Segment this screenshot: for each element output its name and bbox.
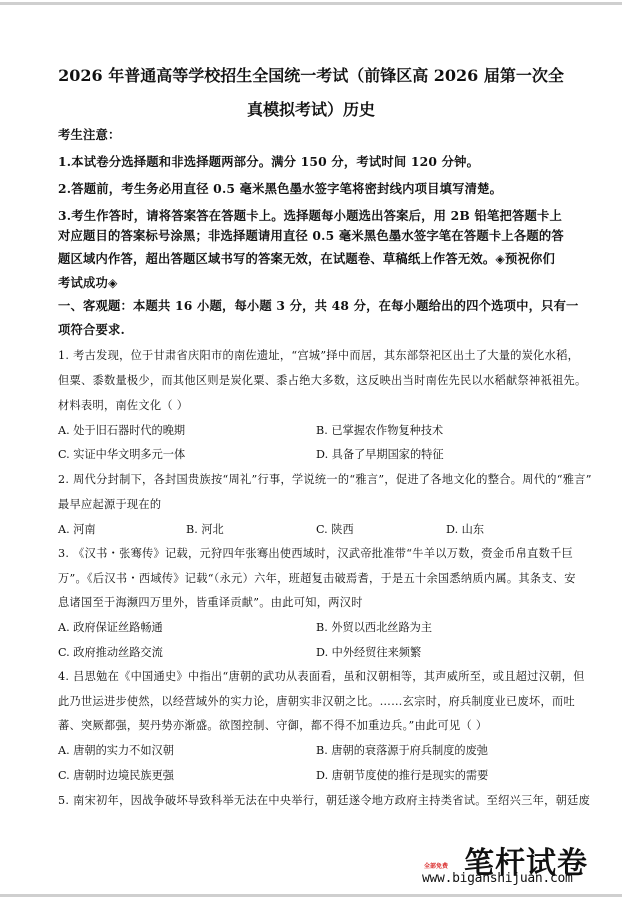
question-3-text-line-2: 万”。《后汉书・西域传》记载“（永元）六年，班超复击破焉耆，于是五十余国悉纳质内… xyxy=(58,570,576,586)
notice-line-6: 考试成功◈ xyxy=(58,273,118,291)
question-4-option-d: D. 唐朝节度使的推行是现实的需要 xyxy=(316,767,488,783)
question-1-option-c: C. 实证中华文明多元一体 xyxy=(58,446,185,462)
question-4-text-line-1: 4. 吕思勉在《中国通史》中指出“唐朝的武功从表面看，虽和汉朝相等，其声威所至，… xyxy=(58,668,585,684)
notice-line-2: 2.答题前，考生务必用直径 0.5 毫米黑色墨水签字笔将密封线内项目填写清楚。 xyxy=(58,179,502,197)
question-1-text-line-2: 但粟、黍数量极少，而其他区则是炭化粟、黍占绝大多数，这反映出当时南佐先民以水稻献… xyxy=(58,372,586,388)
watermark-logo: 笔杆试卷 全部免费 www.biganshijuan.com xyxy=(420,838,620,894)
notice-line-4: 对应题目的答案标号涂黑；非选择题请用直径 0.5 毫米黑色墨水签字笔在答题卡上各… xyxy=(58,226,564,244)
watermark-url: www.biganshijuan.com xyxy=(422,871,573,886)
question-4-text-line-3: 蕃、突厥都强，契丹势亦渐盛。欲图控制、守御，都不得不加重边兵。”由此可见（ ） xyxy=(58,717,487,733)
question-2-text-line-1: 2. 周代分封制下，各封国贵族按“周礼”行事，学说统一的“雅言”，促进了各地文化… xyxy=(58,471,592,487)
question-1-text-line-1: 1. 考古发现，位于甘肃省庆阳市的南佐遗址，“宫城”择中而居，其东部祭祀区出土了… xyxy=(58,347,579,363)
exam-title-line-1: 2026 年普通高等学校招生全国统一考试（前锋区高 2026 届第一次全 xyxy=(0,63,622,86)
notice-line-3: 3.考生作答时，请将答案答在答题卡上。选择题每小题选出答案后，用 2B 铅笔把答… xyxy=(58,206,562,224)
question-3-text-line-3: 息诸国至于海濒四万里外，皆重译贡献”。由此可知，两汉时 xyxy=(58,594,363,610)
question-3-option-d: D. 中外经贸往来频繁 xyxy=(316,644,421,660)
notice-heading: 考生注意： xyxy=(58,125,121,143)
question-1-text-line-3: 材料表明，南佐文化（ ） xyxy=(58,397,188,413)
notice-line-1: 1.本试卷分选择题和非选择题两部分。满分 150 分，考试时间 120 分钟。 xyxy=(58,152,479,170)
question-2-option-b: B. 河北 xyxy=(186,521,224,537)
question-1-option-a: A. 处于旧石器时代的晚期 xyxy=(58,422,185,438)
question-1-option-b: B. 已掌握农作物复种技术 xyxy=(316,422,443,438)
question-2-option-d: D. 山东 xyxy=(446,521,484,537)
question-4-option-c: C. 唐朝时边境民族更强 xyxy=(58,767,174,783)
question-3-option-b: B. 外贸以西北丝路为主 xyxy=(316,619,432,635)
question-3-option-a: A. 政府保证丝路畅通 xyxy=(58,619,163,635)
notice-line-5: 题区域内作答，超出答题区域书写的答案无效，在试题卷、草稿纸上作答无效。◈预祝你们 xyxy=(58,249,555,267)
question-4-text-line-2: 此乃世运进步使然，以经营域外的实力论，唐朝实非汉朝之比。……玄宗时，府兵制度业已… xyxy=(58,693,575,709)
exam-title-line-2: 真模拟考试）历史 xyxy=(0,97,622,120)
question-3-text-line-1: 3. 《汉书・张骞传》记载，元狩四年张骞出使西域时，汉武帝批准带“牛羊以万数，赍… xyxy=(58,545,573,561)
section-1-instructions-line-2: 项符合要求. xyxy=(58,320,125,338)
question-3-option-c: C. 政府推动丝路交流 xyxy=(58,644,163,660)
question-2-option-c: C. 陕西 xyxy=(316,521,354,537)
section-1-instructions-line-1: 一、客观题：本题共 16 小题，每小题 3 分，共 48 分，在每小题给出的四个… xyxy=(58,296,579,314)
question-5-text-line-1: 5. 南宋初年，因战争破坏导致科举无法在中央举行，朝廷遂令地方政府主持类省试。至… xyxy=(58,792,590,808)
question-1-option-d: D. 具备了早期国家的特征 xyxy=(316,446,444,462)
top-page-border xyxy=(0,2,622,5)
question-4-option-a: A. 唐朝的实力不如汉朝 xyxy=(58,742,174,758)
watermark-free-tag: 全部免费 xyxy=(424,861,448,870)
question-4-option-b: B. 唐朝的衰落源于府兵制度的废弛 xyxy=(316,742,488,758)
question-2-option-a: A. 河南 xyxy=(58,521,96,537)
question-2-text-line-2: 最早应起源于现在的 xyxy=(58,496,161,512)
